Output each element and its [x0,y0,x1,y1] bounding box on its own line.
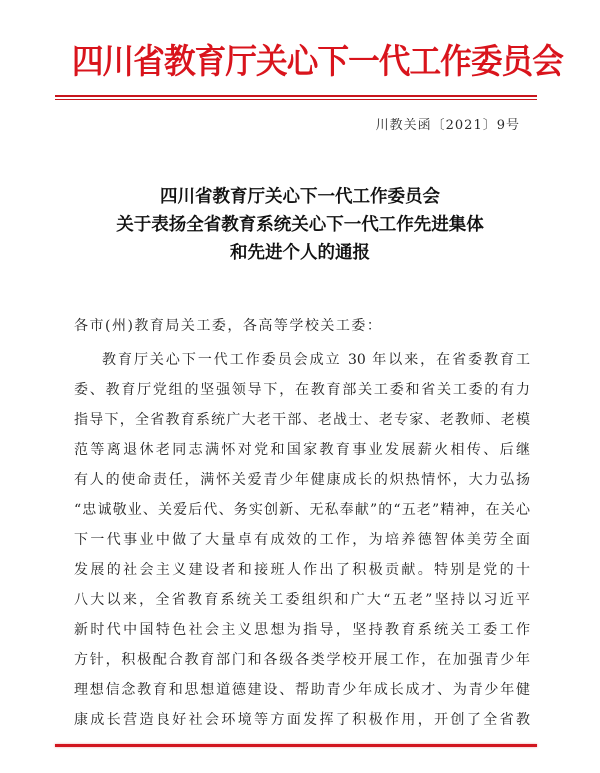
salutation: 各市(州)教育局关工委，各高等学校关工委： [74,315,382,335]
body-line: 有人的使命责任，满怀关爱青少年健康成长的炽热情怀，大力弘扬 [74,465,530,495]
document-title-line: 四川省教育厅关心下一代工作委员会 [40,183,560,211]
body-line: 理想信念教育和思想道德建设、帮助青少年成长成才、为青少年健 [74,675,530,705]
letterhead-rule-thin [55,99,537,100]
body-line: 发展的社会主义建设者和接班人作出了积极贡献。特别是党的十 [74,555,530,585]
body-line: 下一代事业中做了大量卓有成效的工作，为培养德智体美劳全面 [74,525,530,555]
letterhead-title: 四川省教育厅关心下一代工作委员会 [72,40,520,84]
footer-rule [55,744,537,747]
document-body: 教育厅关心下一代工作委员会成立 30 年以来，在省委教育工 委、教育厅党组的坚强… [74,345,530,735]
body-line: 新时代中国特色社会主义思想为指导，坚持教育系统关工委工作 [74,615,530,645]
body-line: 方针，积极配合教育部门和各级各类学校开展工作，在加强青少年 [74,645,530,675]
document-number: 川教关函〔2021〕9号 [376,114,520,133]
body-line: 委、教育厅党组的坚强领导下，在教育部关工委和省关工委的有力 [74,375,530,405]
body-line: 范等离退休老同志满怀对党和国家教育事业发展薪火相传、后继 [74,435,530,465]
body-line: 指导下，全省教育系统广大老干部、老战士、老专家、老教师、老模 [74,405,530,435]
body-line: 教育厅关心下一代工作委员会成立 30 年以来，在省委教育工 [74,345,530,375]
document-title: 四川省教育厅关心下一代工作委员会 关于表扬全省教育系统关心下一代工作先进集体 和… [40,183,560,267]
document-title-line: 和先进个人的通报 [40,239,560,267]
body-line: “忠诚敬业、关爱后代、务实创新、无私奉献”的“五老”精神，在关心 [74,495,530,525]
body-line: 康成长营造良好社会环境等方面发挥了积极作用，开创了全省教 [74,705,530,735]
body-line: 八大以来，全省教育系统关工委组织和广大“五老”坚持以习近平 [74,585,530,615]
document-title-line: 关于表扬全省教育系统关心下一代工作先进集体 [40,211,560,239]
letterhead-rule-thick [55,95,537,97]
